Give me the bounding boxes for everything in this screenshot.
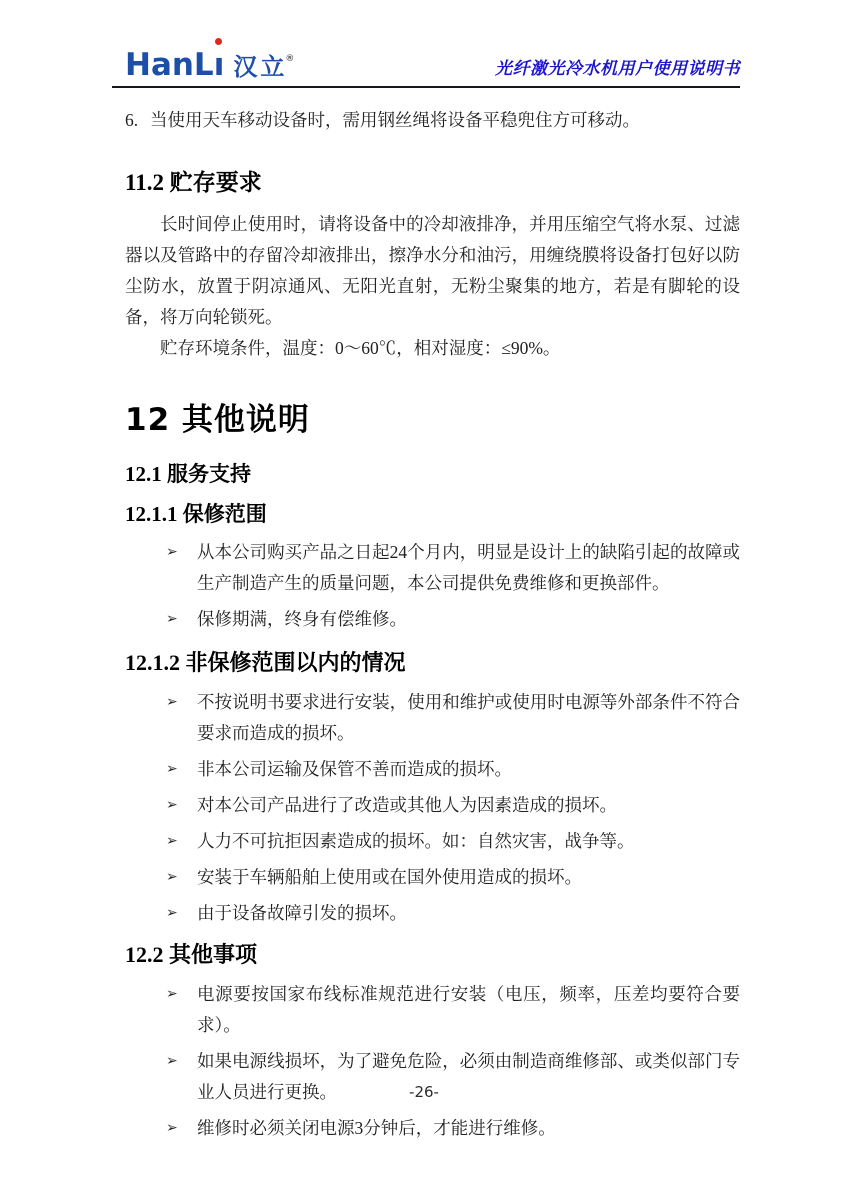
arrow-bullet-icon: ➢ bbox=[166, 537, 197, 599]
non-warranty-list: ➢ 不按说明书要求进行安装，使用和维护或使用时电源等外部条件不符合要求而造成的损… bbox=[166, 687, 740, 929]
heading-12: 12 其他说明 bbox=[125, 402, 740, 438]
storage-paragraph: 长时间停止使用时，请将设备中的冷却液排净，并用压缩空气将水泵、过滤器以及管路中的… bbox=[125, 209, 740, 333]
arrow-bullet-icon: ➢ bbox=[166, 687, 197, 749]
list-item: ➢ 维修时必须关闭电源3分钟后，才能进行维修。 bbox=[166, 1113, 740, 1144]
item-text: 当使用天车移动设备时，需用钢丝绳将设备平稳兜住方可移动。 bbox=[150, 105, 740, 136]
arrow-bullet-icon: ➢ bbox=[166, 754, 197, 785]
heading-12-1-1: 12.1.1 保修范围 bbox=[125, 501, 740, 527]
list-item: ➢ 人力不可抗拒因素造成的损坏。如：自然灾害，战争等。 bbox=[166, 826, 740, 857]
document-title: 光纤激光冷水机用户使用说明书 bbox=[495, 54, 740, 81]
manual-page: HanLı 汉立 ® 光纤激光冷水机用户使用说明书 6. 当使用天车移动设备时，… bbox=[0, 0, 848, 1200]
logo-cjk-text: 汉立 bbox=[233, 55, 287, 79]
heading-11-2: 11.2 贮存要求 bbox=[125, 169, 740, 197]
page-content: 6. 当使用天车移动设备时，需用钢丝绳将设备平稳兜住方可移动。 11.2 贮存要… bbox=[125, 90, 740, 1149]
list-item: ➢ 由于设备故障引发的损坏。 bbox=[166, 898, 740, 929]
list-item: ➢ 从本公司购买产品之日起24个月内，明显是设计上的缺陷引起的故障或生产制造产生… bbox=[166, 537, 740, 599]
numbered-item-6: 6. 当使用天车移动设备时，需用钢丝绳将设备平稳兜住方可移动。 bbox=[125, 105, 740, 136]
list-item: ➢ 非本公司运输及保管不善而造成的损坏。 bbox=[166, 754, 740, 785]
logo-red-dot-icon bbox=[215, 38, 222, 45]
list-item: ➢ 不按说明书要求进行安装，使用和维护或使用时电源等外部条件不符合要求而造成的损… bbox=[166, 687, 740, 749]
list-item: ➢ 安装于车辆船舶上使用或在国外使用造成的损坏。 bbox=[166, 862, 740, 893]
warranty-scope-list: ➢ 从本公司购买产品之日起24个月内，明显是设计上的缺陷引起的故障或生产制造产生… bbox=[166, 537, 740, 635]
arrow-bullet-icon: ➢ bbox=[166, 604, 197, 635]
list-item: ➢ 对本公司产品进行了改造或其他人为因素造成的损坏。 bbox=[166, 790, 740, 821]
item-number: 6. bbox=[125, 105, 150, 136]
arrow-bullet-icon: ➢ bbox=[166, 979, 197, 1041]
list-item: ➢ 保修期满，终身有偿维修。 bbox=[166, 604, 740, 635]
page-number: -26- bbox=[0, 1083, 848, 1101]
hanli-logo: HanLı 汉立 ® bbox=[125, 50, 294, 81]
other-notes-list: ➢ 电源要按国家布线标准规范进行安装（电压，频率，压差均要符合要求）。 ➢ 如果… bbox=[166, 979, 740, 1144]
page-header: HanLı 汉立 ® 光纤激光冷水机用户使用说明书 bbox=[112, 0, 740, 88]
heading-12-1: 12.1 服务支持 bbox=[125, 461, 740, 487]
storage-conditions-paragraph: 贮存环境条件，温度：0～60℃，相对湿度：≤90%。 bbox=[125, 333, 740, 364]
heading-12-1-2: 12.1.2 非保修范围以内的情况 bbox=[125, 649, 740, 677]
heading-12-2: 12.2 其他事项 bbox=[125, 941, 740, 969]
logo-latin-text: HanLı bbox=[125, 50, 224, 81]
arrow-bullet-icon: ➢ bbox=[166, 790, 197, 821]
arrow-bullet-icon: ➢ bbox=[166, 1113, 197, 1144]
arrow-bullet-icon: ➢ bbox=[166, 862, 197, 893]
registered-trademark-icon: ® bbox=[285, 55, 294, 64]
list-item: ➢ 电源要按国家布线标准规范进行安装（电压，频率，压差均要符合要求）。 bbox=[166, 979, 740, 1041]
arrow-bullet-icon: ➢ bbox=[166, 898, 197, 929]
arrow-bullet-icon: ➢ bbox=[166, 826, 197, 857]
